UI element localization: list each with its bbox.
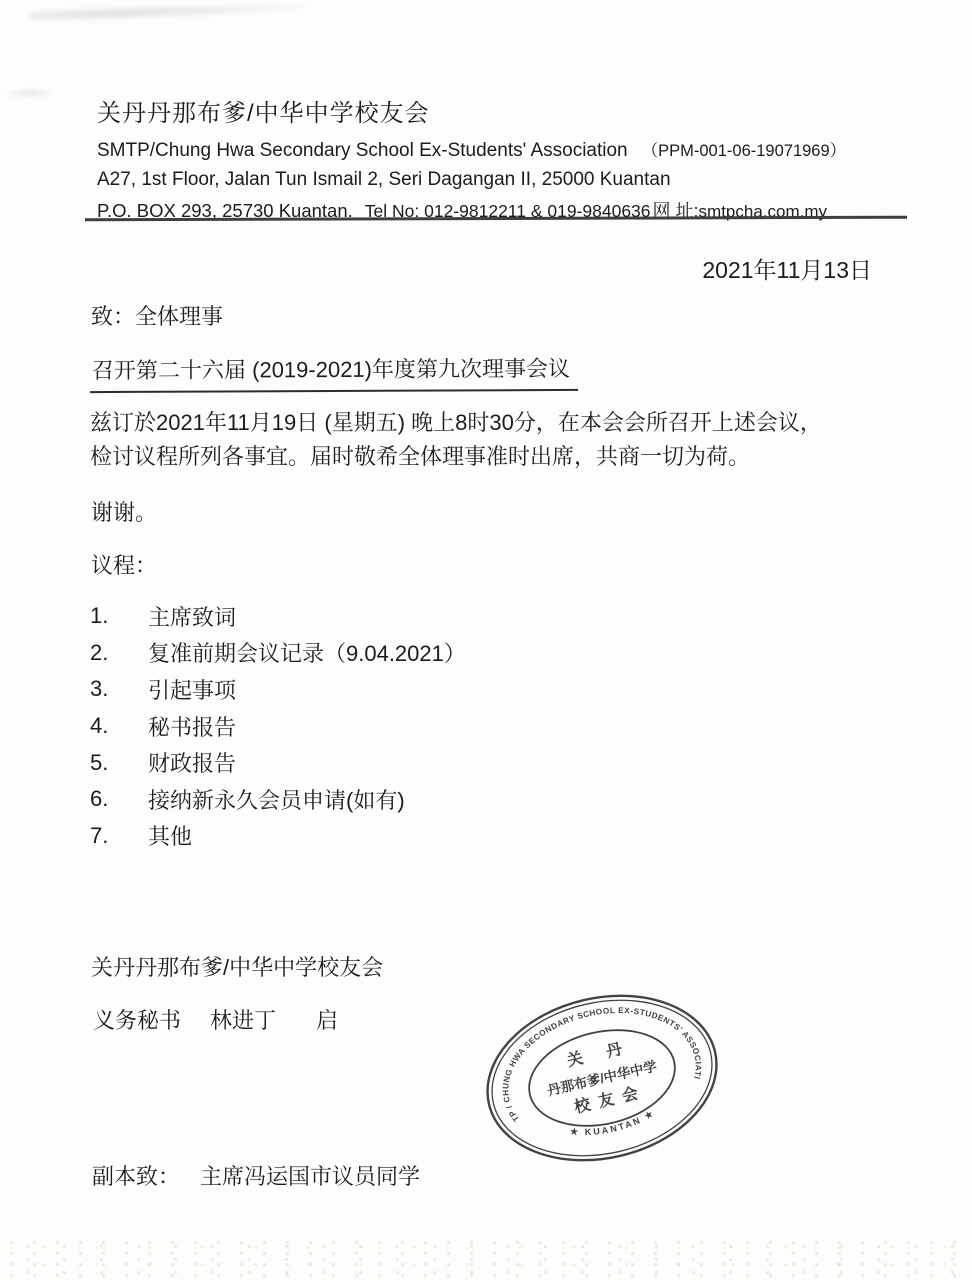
agenda-item-text: 其他 <box>148 820 192 851</box>
agenda-item: 5. 财政报告 <box>90 744 466 781</box>
letterhead: 关丹丹那布爹/中华中学校友会 SMTP/Chung Hwa Secondary … <box>97 93 846 223</box>
agenda-item-number: 7. <box>90 823 148 849</box>
signer-name: 林进丁 <box>210 1004 276 1035</box>
agenda-heading: 议程： <box>91 549 157 580</box>
agenda-item-text: 主席致词 <box>148 601 236 632</box>
body-line-2: 检讨议程所列各事宜。届时敬希全体理事准时出席，共商一切为荷。 <box>90 440 930 474</box>
closing-organization-name: 关丹丹那布爹/中华中学校友会 <box>91 951 383 982</box>
cc-line: 副本致： 主席冯运国市议员同学 <box>92 1160 420 1191</box>
organization-name-chinese: 关丹丹那布爹/中华中学校友会 <box>97 93 846 128</box>
body-paragraph: 兹订於2021年11月19日 (星期五) 晚上8时30分，在本会会所召开上述会议… <box>90 406 930 474</box>
subject-line: 召开第二十六届 (2019-2021)年度第九次理事会议 <box>90 352 578 393</box>
agenda-item-number: 4. <box>90 713 148 739</box>
organization-name-english: SMTP/Chung Hwa Secondary School Ex-Stude… <box>97 137 846 162</box>
stamp-center-line-2: 丹那布爹/中华中学 <box>546 1058 659 1099</box>
agenda-item-number: 6. <box>90 786 148 812</box>
signature-line: 义务秘书 林进丁 启 <box>93 1004 338 1035</box>
agenda-item-number: 2. <box>90 640 148 666</box>
body-line-1: 兹订於2021年11月19日 (星期五) 晚上8时30分，在本会会所召开上述会议… <box>90 406 930 440</box>
agenda-item: 4. 秘书报告 <box>90 708 466 745</box>
agenda-item-number: 3. <box>90 676 148 702</box>
agenda-list: 1. 主席致词 2. 复准前期会议记录（9.04.2021） 3. 引起事项 4… <box>90 598 466 854</box>
thanks-line: 谢谢。 <box>91 496 157 527</box>
scan-noise-band <box>0 1240 972 1280</box>
agenda-item: 1. 主席致词 <box>90 598 466 635</box>
organization-name-english-text: SMTP/Chung Hwa Secondary School Ex-Stude… <box>97 140 628 161</box>
scan-smudge-artifact <box>0 88 60 98</box>
recipient-line: 致：全体理事 <box>91 300 223 331</box>
agenda-item: 7. 其他 <box>90 818 466 855</box>
agenda-item-text: 接纳新永久会员申请(如有) <box>148 784 405 815</box>
agenda-item: 3. 引起事项 <box>90 671 466 708</box>
cc-label: 副本致： <box>92 1160 180 1191</box>
letter-date: 2021年11月13日 <box>702 252 872 285</box>
agenda-item-number: 1. <box>90 603 148 629</box>
agenda-item-text: 引起事项 <box>148 674 236 705</box>
agenda-item-number: 5. <box>90 750 148 776</box>
association-rubber-stamp: SMTP / CHUNG HWA SECONDARY SCHOOL EX-STU… <box>466 967 739 1189</box>
agenda-item-text: 复准前期会议记录（9.04.2021） <box>148 637 466 668</box>
agenda-item: 6. 接纳新永久会员申请(如有) <box>90 781 466 818</box>
stamp-center-line-1: 关 丹 <box>565 1038 628 1070</box>
address-line: A27, 1st Floor, Jalan Tun Ismail 2, Seri… <box>97 169 846 191</box>
signer-suffix: 启 <box>316 1004 338 1035</box>
scanned-letter-page: 关丹丹那布爹/中华中学校友会 SMTP/Chung Hwa Secondary … <box>0 0 972 1280</box>
agenda-item-text: 财政报告 <box>148 747 236 778</box>
registration-number: （PPM-001-06-19071969） <box>642 142 847 160</box>
scan-smudge-artifact <box>30 0 330 23</box>
agenda-item: 2. 复准前期会议记录（9.04.2021） <box>90 635 466 672</box>
signer-title: 义务秘书 <box>93 1004 181 1035</box>
cc-recipient: 主席冯运国市议员同学 <box>200 1160 420 1191</box>
agenda-item-text: 秘书报告 <box>148 711 236 742</box>
